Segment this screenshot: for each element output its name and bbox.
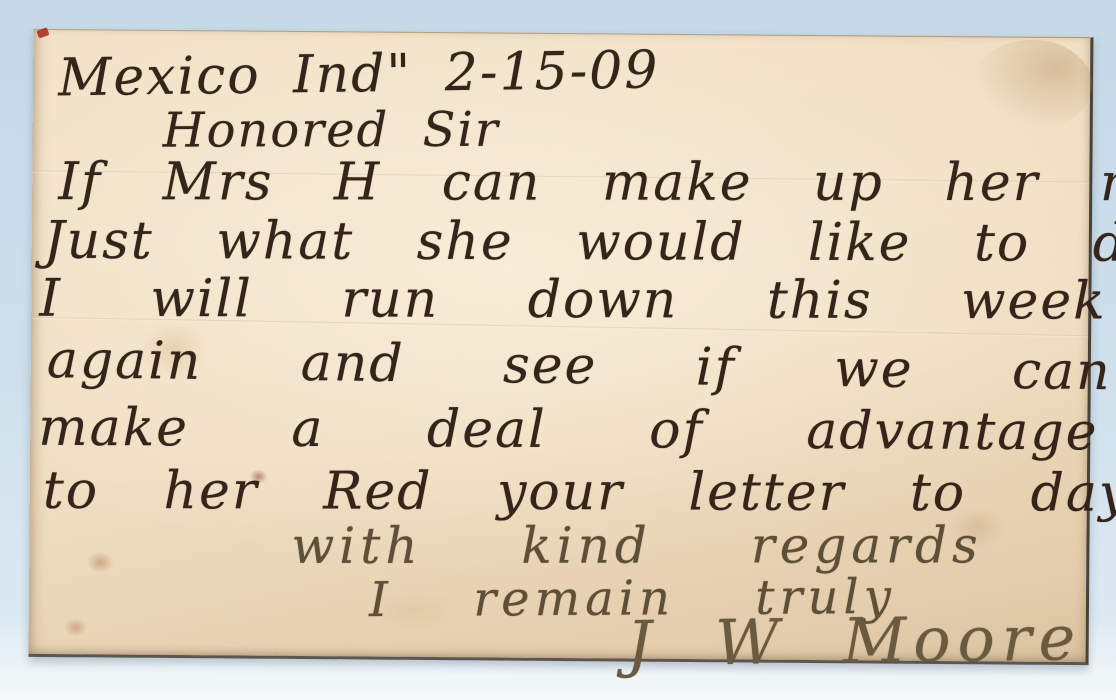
body-line: Just what she would like to do [44, 215, 1116, 270]
photo-background: Mexico Ind" 2-15-09 Honored Sir If Mrs H… [0, 0, 1116, 700]
body-line: again and see if we can [47, 334, 1112, 398]
body-line: make a deal of advantage [38, 402, 1098, 459]
body-line: to her Red your letter to day [43, 465, 1116, 520]
dateline: Mexico Ind" 2-15-09 [58, 44, 660, 104]
salutation: Honored Sir [163, 106, 500, 155]
stain [972, 39, 1093, 130]
body-line: I will run down this week [39, 273, 1106, 328]
body-line: If Mrs H can make up her mind [58, 156, 1116, 209]
closing-line: with kind regards [291, 520, 982, 571]
stain [65, 618, 87, 636]
corner-mark [36, 27, 49, 38]
postcard: Mexico Ind" 2-15-09 Honored Sir If Mrs H… [29, 29, 1094, 665]
signature: J W Moore [626, 607, 1082, 675]
stain [87, 552, 113, 572]
